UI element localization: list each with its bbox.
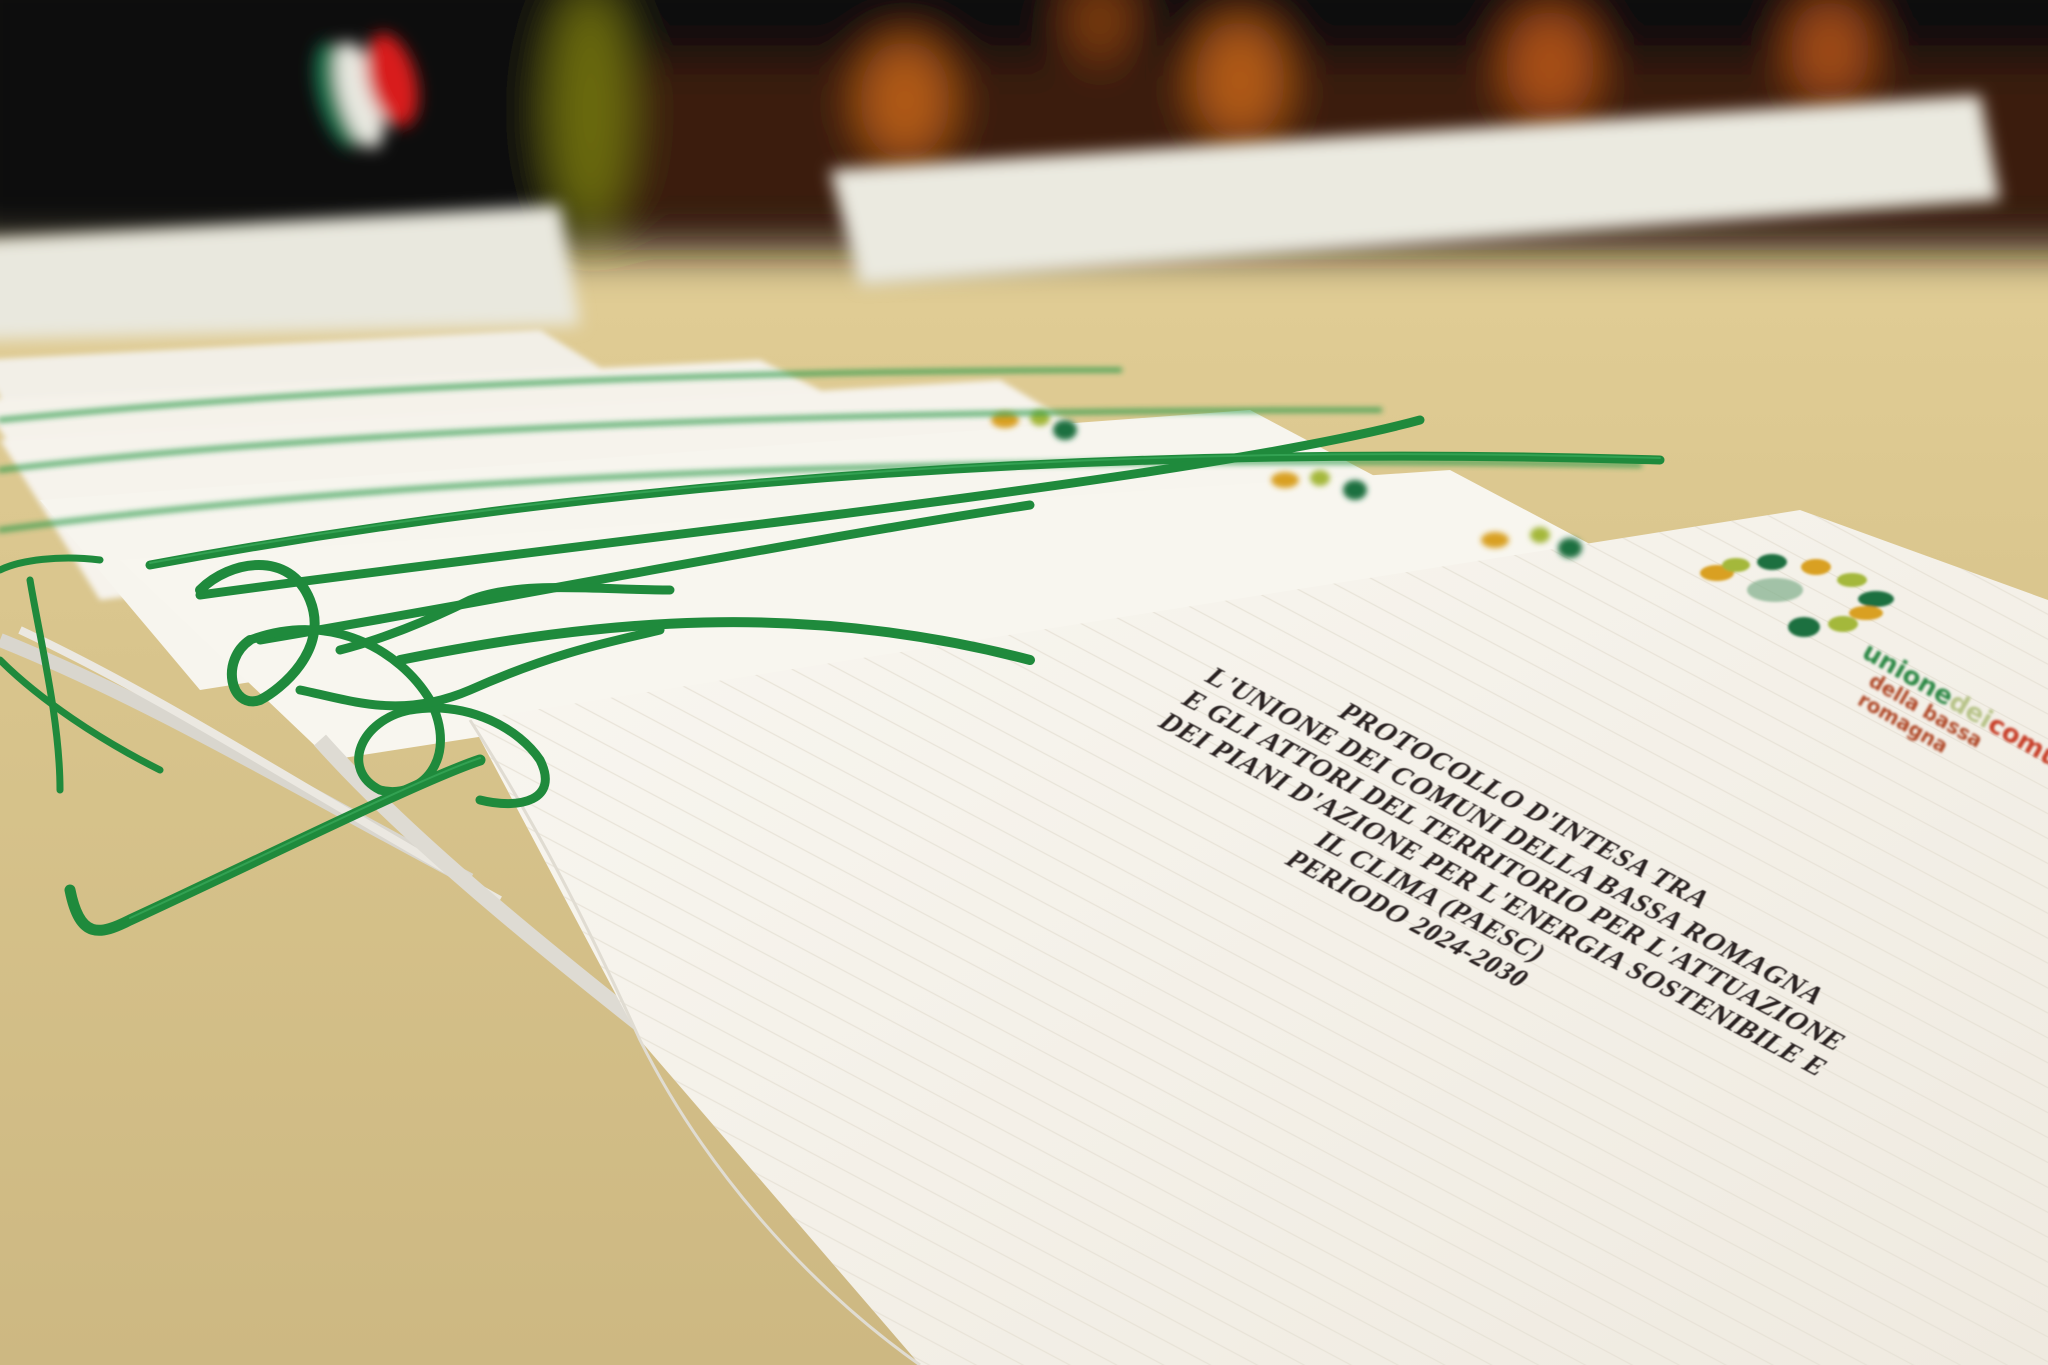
photo-scene: [0, 0, 2048, 1365]
